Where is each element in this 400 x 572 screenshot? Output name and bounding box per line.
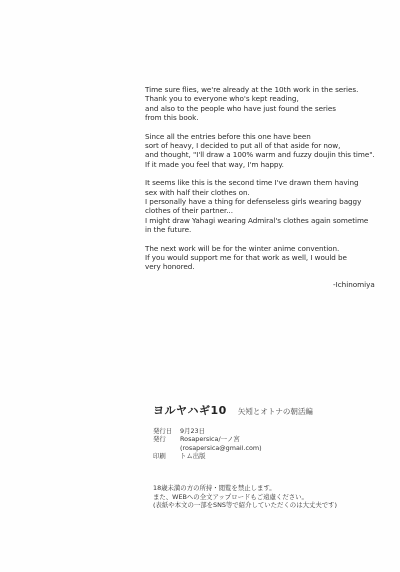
colophon-key: 発行: [153, 435, 180, 443]
book-title: ヨルヤハギ10: [153, 404, 227, 417]
text-line: Thank you to everyone who's kept reading…: [145, 94, 395, 103]
text-line: Since all the entries before this one ha…: [145, 132, 395, 141]
text-line: sort of heavy, I decided to put all of t…: [145, 141, 395, 150]
text-line: Time sure flies, we're already at the 10…: [145, 85, 395, 94]
text-line: The next work will be for the winter ani…: [145, 244, 395, 253]
colophon-value: Rosapersica/一ノ宮: [180, 435, 240, 443]
colophon-details: 発行日 9月23日 発行 Rosapersica/一ノ宮 (rosapersic…: [153, 427, 262, 460]
text-line: from this book.: [145, 113, 395, 122]
colophon-row-email: (rosapersica@gmail.com): [153, 444, 262, 452]
afterword-paragraph-1: Time sure flies, we're already at the 10…: [145, 85, 395, 122]
colophon-title: ヨルヤハギ10 矢矧とオトナの朝活編: [153, 399, 313, 418]
text-line: clothes of their partner...: [145, 206, 395, 215]
text-line: sex with half their clothes on.: [145, 188, 395, 197]
text-line: in the future.: [145, 225, 395, 234]
notice-line: (表紙や本文の一部をSNS等で紹介していただくのは大丈夫です): [153, 501, 337, 510]
colophon-row-publisher: 発行 Rosapersica/一ノ宮: [153, 435, 262, 443]
text-line: I personally have a thing for defenseles…: [145, 197, 395, 206]
text-line: and thought, "I'll draw a 100% warm and …: [145, 150, 395, 159]
colophon-row-printer: 印刷 トム出版: [153, 452, 262, 460]
book-subtitle: 矢矧とオトナの朝活編: [238, 407, 313, 416]
text-line: very honored.: [145, 262, 395, 271]
text-line: It seems like this is the second time I'…: [145, 178, 395, 187]
age-restriction-notice: 18歳未満の方の所持・閲覧を禁止します。 また、WEBへの全文アップロードもご遠…: [153, 484, 337, 510]
text-line: I might draw Yahagi wearing Admiral's cl…: [145, 216, 395, 225]
colophon-key: [153, 444, 180, 452]
text-line: If it made you feel that way, I'm happy.: [145, 160, 395, 169]
afterword-paragraph-4: The next work will be for the winter ani…: [145, 244, 395, 272]
colophon-value: トム出版: [180, 452, 206, 460]
colophon-key: 印刷: [153, 452, 180, 460]
afterword: Time sure flies, we're already at the 10…: [145, 85, 395, 281]
text-line: If you would support me for that work as…: [145, 253, 395, 262]
notice-line: また、WEBへの全文アップロードもご遠慮ください。: [153, 493, 337, 502]
notice-line: 18歳未満の方の所持・閲覧を禁止します。: [153, 484, 337, 493]
colophon-value: (rosapersica@gmail.com): [180, 444, 262, 452]
afterword-paragraph-3: It seems like this is the second time I'…: [145, 178, 395, 234]
text-line: and also to the people who have just fou…: [145, 104, 395, 113]
author-signature: -Ichinomiya: [333, 280, 375, 289]
afterword-paragraph-2: Since all the entries before this one ha…: [145, 132, 395, 169]
